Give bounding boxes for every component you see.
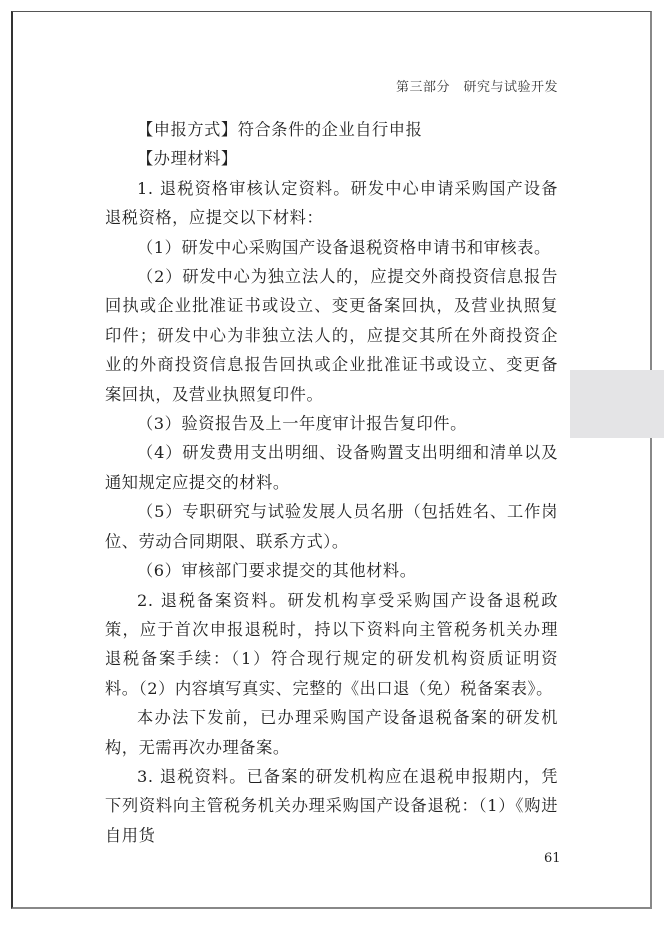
page-body: 【申报方式】符合条件的企业自行申报 【办理材料】 1. 退税资格审核认定资料。研… (105, 115, 558, 850)
paragraph-item-1: 1. 退税资格审核认定资料。研发中心申请采购国产设备退税资格，应提交以下材料： (105, 174, 558, 233)
paragraph-subitem-6: （6）审核部门要求提交的其他材料。 (105, 556, 558, 585)
paragraph-item-2: 2. 退税备案资料。研发机构享受采购国产设备退税政策，应于首次申报退税时，持以下… (105, 586, 558, 704)
running-header: 第三部分 研究与试验开发 (396, 76, 558, 95)
paragraph-subitem-3: （3）验资报告及上一年度审计报告复印件。 (105, 409, 558, 438)
paragraph-subitem-1: （1）研发中心采购国产设备退税资格申请书和审核表。 (105, 233, 558, 262)
paragraph-item-3: 3. 退税资料。已备案的研发机构应在退税申报期内，凭下列资料向主管税务机关办理采… (105, 762, 558, 850)
chapter-thumb-tab (570, 370, 664, 438)
page-number: 61 (544, 851, 561, 866)
paragraph-subitem-5: （5）专职研究与试验发展人员名册（包括姓名、工作岗位、劳动合同期限、联系方式）。 (105, 497, 558, 556)
paragraph-materials-heading: 【办理材料】 (105, 144, 558, 173)
paragraph-subitem-2: （2）研发中心为独立法人的，应提交外商投资信息报告回执或企业批准证书或设立、变更… (105, 262, 558, 409)
paragraph-note: 本办法下发前，已办理采购国产设备退税备案的研发机构，无需再次办理备案。 (105, 703, 558, 762)
paragraph-application-method: 【申报方式】符合条件的企业自行申报 (105, 115, 558, 144)
paragraph-subitem-4: （4）研发费用支出明细、设备购置支出明细和清单以及通知规定应提交的材料。 (105, 438, 558, 497)
